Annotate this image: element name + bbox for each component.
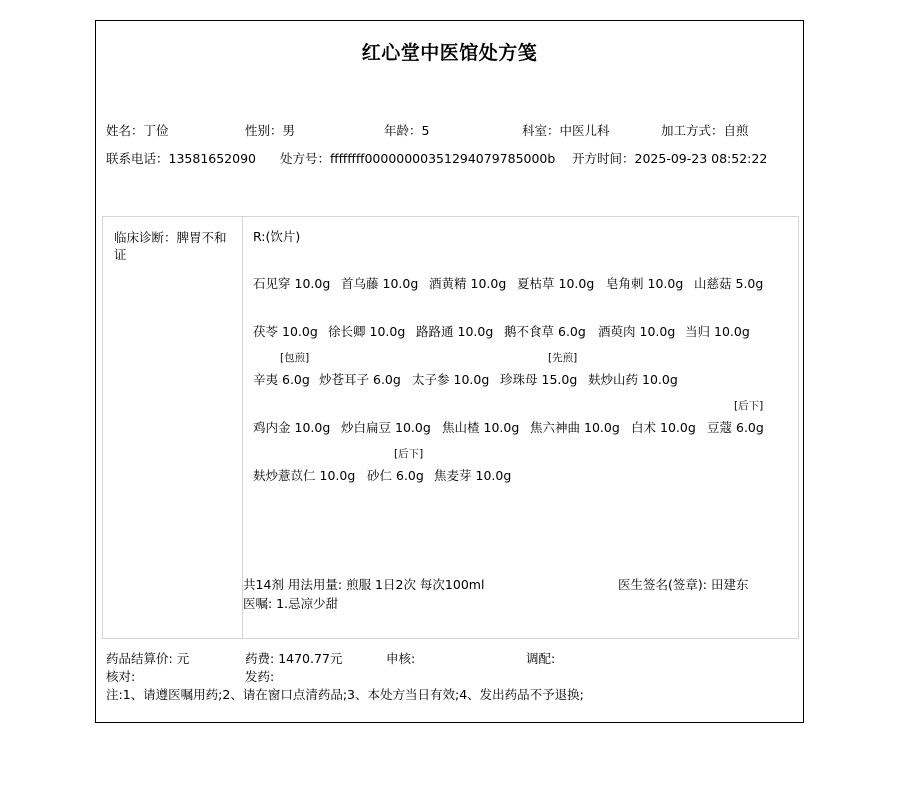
herb-item: 皂角刺 10.0g bbox=[606, 270, 683, 292]
patient-name: 姓名：丁俭 bbox=[106, 123, 169, 139]
herb-item: 太子参 10.0g bbox=[412, 366, 489, 388]
herb-item: 酒萸肉 10.0g bbox=[598, 318, 675, 340]
herb-dose: 10.0g bbox=[370, 324, 406, 339]
settlement-label: 药品结算价: bbox=[106, 651, 173, 666]
settlement-price: 药品结算价: 元 bbox=[106, 651, 189, 667]
dispense-field: 调配: bbox=[526, 651, 555, 667]
herb-dose: 10.0g bbox=[295, 276, 331, 291]
herb-name: 徐长卿 bbox=[328, 324, 366, 339]
fee-label: 药费: bbox=[245, 651, 274, 666]
herb-item: 山慈菇 5.0g bbox=[694, 270, 763, 292]
herb-name: 鸡内金 bbox=[253, 420, 291, 435]
processing-method: 加工方式：自煎 bbox=[661, 123, 749, 139]
herb-dose: 5.0g bbox=[736, 276, 764, 291]
herb-name: 珍珠母 bbox=[500, 372, 538, 387]
herb-item: 白术 10.0g bbox=[631, 414, 696, 436]
herb-dose: 6.0g bbox=[558, 324, 586, 339]
herb-item: [先煎]珍珠母 15.0g bbox=[500, 366, 577, 388]
herb-item: 焦六神曲 10.0g bbox=[530, 414, 620, 436]
herb-name: 酒萸肉 bbox=[598, 324, 636, 339]
herb-item: [后下]砂仁 6.0g bbox=[367, 462, 424, 484]
herb-item: [包煎]辛夷 6.0g bbox=[253, 366, 310, 388]
department: 科室：中医儿科 bbox=[522, 123, 610, 139]
time-label: 开方时间： bbox=[572, 151, 635, 166]
herb-item: 炒苍耳子 6.0g bbox=[319, 366, 401, 388]
patient-phone: 联系电话：13581652090 bbox=[106, 151, 256, 167]
herb-item: 麸炒山药 10.0g bbox=[588, 366, 678, 388]
check-field: 核对: bbox=[106, 669, 135, 685]
herb-name: 茯苓 bbox=[253, 324, 278, 339]
herb-note: [包煎] bbox=[280, 352, 309, 364]
doctor-signature: 医生签名(签章): 田建东 bbox=[618, 577, 748, 593]
herb-dose: 6.0g bbox=[282, 372, 310, 387]
herb-name: 夏枯草 bbox=[517, 276, 555, 291]
patient-gender-label: 性别： bbox=[245, 123, 283, 138]
herb-name: 皂角刺 bbox=[606, 276, 644, 291]
prescription-type: R:(饮片) bbox=[253, 229, 300, 245]
herb-dose: 10.0g bbox=[584, 420, 620, 435]
patient-age-value: 5 bbox=[422, 123, 430, 138]
issue-field: 发药: bbox=[245, 669, 274, 685]
herb-name: 路路通 bbox=[416, 324, 454, 339]
herb-name: 砂仁 bbox=[367, 468, 392, 483]
herb-name: 焦六神曲 bbox=[530, 420, 580, 435]
herb-dose: 10.0g bbox=[458, 324, 494, 339]
footer-notes: 注:1、请遵医嘱用药;2、请在窗口点清药品;3、本处方当日有效;4、发出药品不予… bbox=[106, 687, 584, 703]
herb-dose: 10.0g bbox=[476, 468, 512, 483]
phone-label: 联系电话： bbox=[106, 151, 169, 166]
herb-name: 首乌藤 bbox=[341, 276, 379, 291]
herb-item: 石见穿 10.0g bbox=[253, 270, 330, 292]
review-field: 申核: bbox=[386, 651, 415, 667]
patient-name-label: 姓名： bbox=[106, 123, 144, 138]
herb-name: 鹅不食草 bbox=[504, 324, 554, 339]
page-title: 红心堂中医馆处方笺 bbox=[96, 38, 803, 65]
doctor-name: 田建东 bbox=[711, 577, 749, 592]
usage-dosage: 共14剂 用法用量: 煎服 1日2次 每次100ml bbox=[243, 577, 484, 593]
herb-item: 当归 10.0g bbox=[685, 318, 750, 340]
herb-dose: 6.0g bbox=[736, 420, 764, 435]
time-value: 2025-09-23 08:52:22 bbox=[635, 151, 768, 166]
herb-item: 鸡内金 10.0g bbox=[253, 414, 330, 436]
herb-dose: 10.0g bbox=[714, 324, 750, 339]
herb-name: 太子参 bbox=[412, 372, 450, 387]
herb-name: 当归 bbox=[685, 324, 710, 339]
herb-item: 夏枯草 10.0g bbox=[517, 270, 594, 292]
department-value: 中医儿科 bbox=[560, 123, 610, 138]
processing-label: 加工方式： bbox=[661, 123, 724, 138]
herb-item: 鹅不食草 6.0g bbox=[504, 318, 586, 340]
herb-dose: 10.0g bbox=[660, 420, 696, 435]
herb-dose: 6.0g bbox=[396, 468, 424, 483]
prescription-time: 开方时间：2025-09-23 08:52:22 bbox=[572, 151, 767, 167]
herb-dose: 10.0g bbox=[648, 276, 684, 291]
prescription-table: 临床诊断：脾胃不和证 R:(饮片) 石见穿 10.0g 首乌藤 10.0g 酒黄… bbox=[102, 216, 799, 639]
herb-dose: 10.0g bbox=[640, 324, 676, 339]
herb-note: [后下] bbox=[734, 400, 763, 412]
herb-dose: 10.0g bbox=[642, 372, 678, 387]
herb-name: 焦山楂 bbox=[442, 420, 480, 435]
doctor-label: 医生签名(签章): bbox=[618, 577, 707, 592]
herb-name: 酒黄精 bbox=[429, 276, 467, 291]
herb-dose: 10.0g bbox=[471, 276, 507, 291]
herb-item: 炒白扁豆 10.0g bbox=[341, 414, 431, 436]
herb-name: 白术 bbox=[631, 420, 656, 435]
clinical-diagnosis: 临床诊断：脾胃不和证 bbox=[114, 229, 238, 263]
patient-age-label: 年龄： bbox=[384, 123, 422, 138]
drug-fee: 药费: 1470.77元 bbox=[245, 651, 342, 667]
processing-value: 自煎 bbox=[724, 123, 749, 138]
prescription-number: 处方号：ffffffff00000000351294079785000b bbox=[280, 151, 555, 167]
patient-age: 年龄：5 bbox=[384, 123, 429, 139]
herb-name: 炒苍耳子 bbox=[319, 372, 369, 387]
herb-note: [先煎] bbox=[548, 352, 577, 364]
herb-dose: 10.0g bbox=[282, 324, 318, 339]
herb-dose: 10.0g bbox=[295, 420, 331, 435]
herb-note: [后下] bbox=[394, 448, 423, 460]
herb-name: 麸炒山药 bbox=[588, 372, 638, 387]
herb-name: 麸炒薏苡仁 bbox=[253, 468, 316, 483]
settlement-value: 元 bbox=[177, 651, 190, 666]
herb-name: 辛夷 bbox=[253, 372, 278, 387]
herb-item: [后下]豆蔻 6.0g bbox=[707, 414, 764, 436]
rx-no-value: ffffffff00000000351294079785000b bbox=[330, 151, 555, 166]
herb-item: 焦山楂 10.0g bbox=[442, 414, 519, 436]
herb-name: 焦麦芽 bbox=[434, 468, 472, 483]
phone-value: 13581652090 bbox=[169, 151, 256, 166]
herb-item: 麸炒薏苡仁 10.0g bbox=[253, 462, 355, 484]
herb-dose: 6.0g bbox=[373, 372, 401, 387]
herb-dose: 10.0g bbox=[320, 468, 356, 483]
fee-value: 1470.77元 bbox=[278, 651, 342, 666]
rx-no-label: 处方号： bbox=[280, 151, 330, 166]
patient-gender-value: 男 bbox=[283, 123, 296, 138]
patient-gender: 性别：男 bbox=[245, 123, 295, 139]
column-divider bbox=[242, 217, 243, 638]
herb-name: 石见穿 bbox=[253, 276, 291, 291]
herb-item: 茯苓 10.0g bbox=[253, 318, 318, 340]
herb-dose: 15.0g bbox=[542, 372, 578, 387]
prescription-sheet: 红心堂中医馆处方笺 姓名：丁俭 性别：男 年龄：5 科室：中医儿科 加工方式：自… bbox=[95, 20, 804, 723]
patient-name-value: 丁俭 bbox=[144, 123, 169, 138]
herb-dose: 10.0g bbox=[454, 372, 490, 387]
herb-name: 豆蔻 bbox=[707, 420, 732, 435]
herb-dose: 10.0g bbox=[484, 420, 520, 435]
herb-item: 酒黄精 10.0g bbox=[429, 270, 506, 292]
herb-name: 炒白扁豆 bbox=[341, 420, 391, 435]
herb-name: 山慈菇 bbox=[694, 276, 732, 291]
herb-item: 徐长卿 10.0g bbox=[328, 318, 405, 340]
herb-dose: 10.0g bbox=[559, 276, 595, 291]
herb-dose: 10.0g bbox=[395, 420, 431, 435]
department-label: 科室： bbox=[522, 123, 560, 138]
doctor-advice: 医嘱: 1.忌凉少甜 bbox=[243, 596, 338, 612]
diagnosis-label: 临床诊断： bbox=[114, 230, 177, 245]
herb-dose: 10.0g bbox=[383, 276, 419, 291]
herb-item: 首乌藤 10.0g bbox=[341, 270, 418, 292]
herb-item: 焦麦芽 10.0g bbox=[434, 462, 511, 484]
herb-item: 路路通 10.0g bbox=[416, 318, 493, 340]
